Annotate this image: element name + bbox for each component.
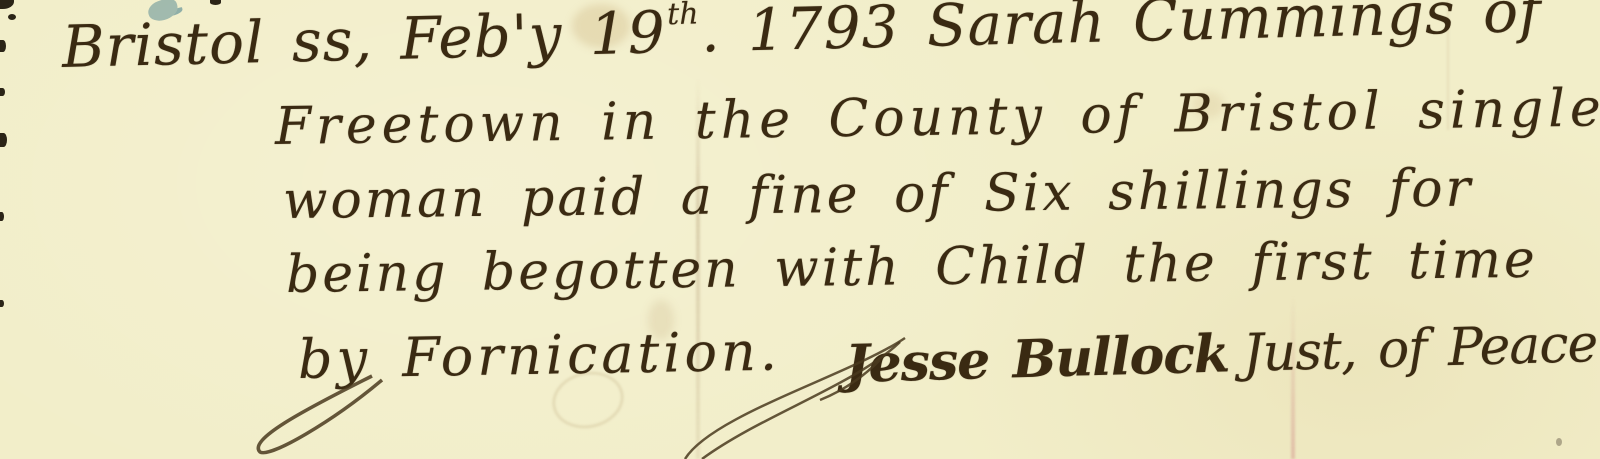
manuscript-line-5: by Fornication.: [298, 324, 782, 389]
manuscript-line-3: woman paid a fine of Six shillings for: [283, 162, 1474, 229]
torn-edge-mark: [0, 40, 6, 52]
signature-title: Just, of Peace: [1242, 314, 1598, 384]
paper-speck: [1556, 438, 1562, 446]
manuscript-line-4: being begotten with Child the first time: [286, 233, 1538, 303]
signature: Jesse BullockJust, of Peace: [844, 317, 1598, 393]
manuscript-line-2: Freetown in the County of Bristol single: [275, 81, 1600, 154]
torn-edge-mark: [0, 212, 4, 221]
manuscript-page: Bristol ss, Feb'y 19th. 1793 Sarah Cummi…: [0, 0, 1600, 459]
line1-name: . 1793 Sarah Cummings of: [700, 0, 1542, 65]
line1-superscript: th: [665, 0, 701, 32]
signature-name: Jesse Bullock: [844, 323, 1230, 395]
torn-edge-mark: [0, 0, 14, 9]
line1-place-date: Bristol ss, Feb'y 19: [61, 0, 666, 81]
torn-edge-mark: [0, 133, 7, 147]
ink-speck: [8, 14, 16, 20]
manuscript-line-1: Bristol ss, Feb'y 19th. 1793 Sarah Cummi…: [61, 0, 1542, 78]
torn-edge-mark: [0, 300, 4, 307]
torn-edge-mark: [210, 0, 221, 5]
torn-edge-mark: [0, 88, 5, 96]
